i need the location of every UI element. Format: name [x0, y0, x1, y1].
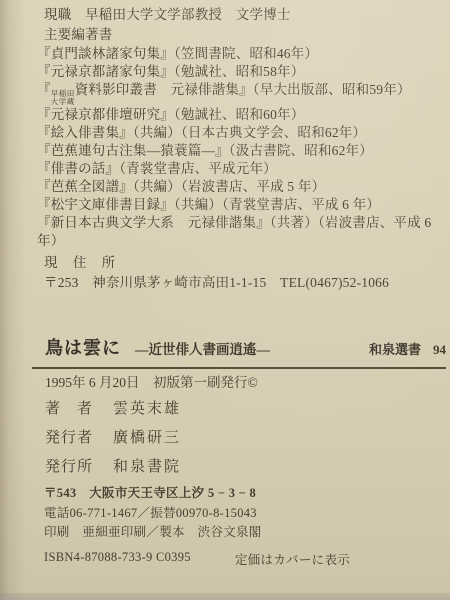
issuer-label: 発行者 — [45, 426, 93, 447]
work-item-waseda-facsimile: 『早稲田大学蔵資料影印叢書 元禄俳諧集』（早大出版部、昭和59年） — [37, 81, 444, 106]
imprint-publisher-row: 発行所 和泉書院 — [45, 455, 181, 476]
title-row: 鳥は雲に ―近世俳人書画逍遙― 和泉選書 94 — [32, 334, 446, 369]
works-header: 主要編著書 — [44, 25, 444, 45]
work-open-bracket: 『 — [37, 82, 51, 97]
author-position-line: 現職 早稲田大学文学部教授 文学博士 — [44, 4, 444, 25]
current-address-header: 現 住 所 — [44, 253, 444, 273]
publisher-postal-address: 〒543 大阪市天王寺区上汐 5 − 3 − 8 — [44, 483, 256, 501]
work-item: 『芭蕉連句古注集―猿蓑篇―』（汲古書院、昭和62年） — [37, 142, 444, 160]
book-colophon-page: 現職 早稲田大学文学部教授 文学博士 主要編著書 『貞門談林諸家句集』（笠間書院… — [0, 0, 450, 600]
publisher-name: 和泉書院 — [113, 455, 181, 476]
edition-date-line: 1995年 6 月20日 初版第一刷発行© — [45, 371, 258, 391]
isbn-code: ISBN4-87088-733-9 C0395 — [44, 550, 191, 568]
work-item: 『元禄京都俳壇研究』（勉誠社、昭和60年） — [37, 106, 444, 124]
series-number: 94 — [433, 342, 446, 358]
work-item: 『芭蕉全図譜』（共編）（岩波書店、平成 5 年） — [37, 178, 444, 196]
work-item: 『俳書の話』（青裳堂書店、平成元年） — [37, 160, 444, 178]
book-subtitle: ―近世俳人書画逍遙― — [135, 338, 270, 358]
work-item: 『新日本古典文学大系 元禄俳諧集』（共著）（岩波書店、平成 6 年） — [37, 214, 444, 250]
author-name: 雲英末雄 — [113, 397, 181, 418]
author-label: 著 者 — [45, 397, 93, 418]
work-title-rest: 資料影印叢書 元禄俳諧集』（早大出版部、昭和59年） — [75, 82, 411, 97]
author-profile-block: 現職 早稲田大学文学部教授 文学博士 主要編著書 『貞門談林諸家句集』（笠間書院… — [0, 4, 450, 293]
work-item: 『松宇文庫俳書目録』（共編）（青裳堂書店、平成 6 年） — [37, 196, 444, 214]
isbn-row: ISBN4-87088-733-9 C0395 定価はカバーに表示 — [44, 550, 350, 568]
book-title: 鳥は雲に — [45, 334, 121, 360]
series-name: 和泉選書 — [369, 339, 421, 358]
page-bottom-edge — [0, 593, 450, 600]
work-item: 『元禄京都諸家句集』（勉誠社、昭和58年） — [37, 63, 444, 81]
price-note: 定価はカバーに表示 — [235, 550, 350, 568]
issuer-name: 廣橋研三 — [113, 426, 181, 447]
printing-binding-line: 印刷 亜細亜印刷／製本 渋谷文泉閣 — [44, 522, 262, 540]
work-item: 『貞門談林諸家句集』（笠間書院、昭和46年） — [37, 45, 444, 63]
work-item: 『絵入俳書集』（共編）（日本古典文学会、昭和62年） — [37, 124, 444, 142]
imprint-author-row: 著 者 雲英末雄 — [45, 397, 181, 418]
work-stacked-prefix: 早稲田大学蔵 — [51, 90, 75, 106]
work-stacked-bottom: 大学蔵 — [51, 98, 75, 106]
publisher-label: 発行所 — [45, 455, 93, 476]
current-address-line: 〒253 神奈川県茅ヶ崎市高田1-1-15 TEL(0467)52-1066 — [44, 273, 444, 293]
phone-transfer-line: 電話06-771-1467／振替00970-8-15043 — [44, 503, 257, 521]
imprint-issuer-row: 発行者 廣橋研三 — [45, 426, 181, 447]
